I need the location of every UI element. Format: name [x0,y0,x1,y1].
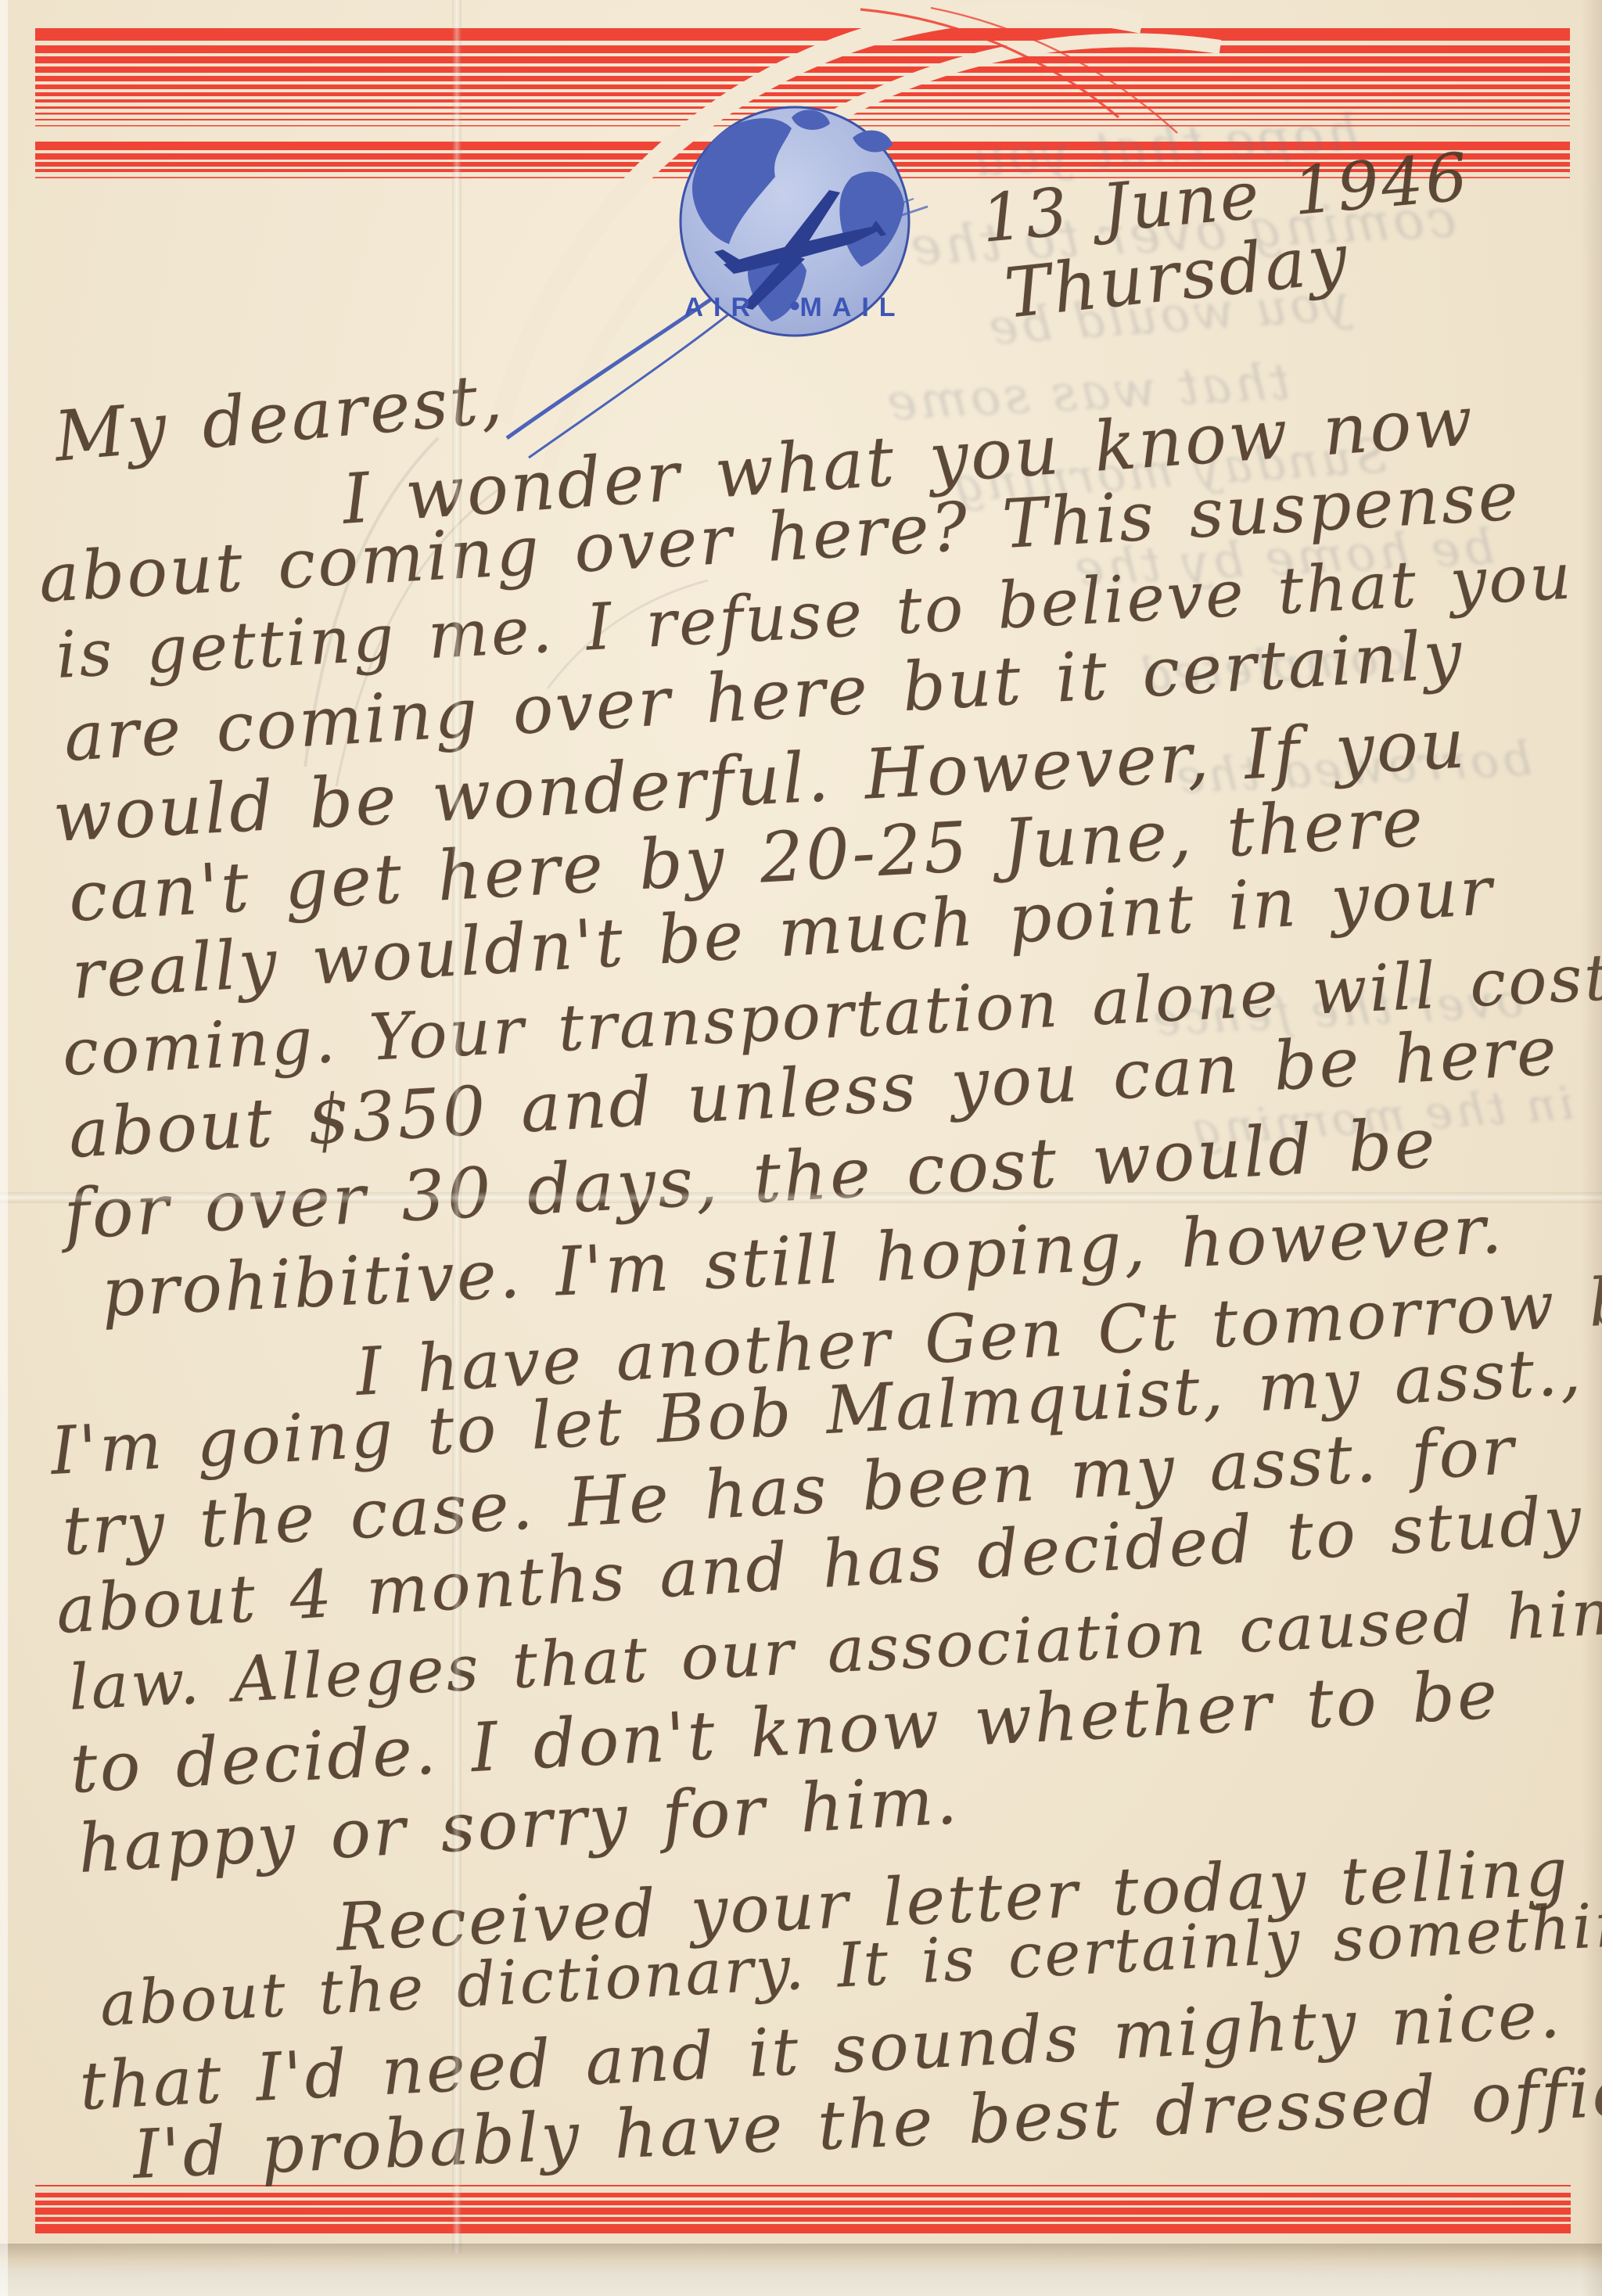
airplane-icon [714,190,886,310]
paper-bottom-edge-shadow [0,2244,1602,2296]
vertical-fold-crease [452,0,462,2253]
contrail-lines [507,275,757,458]
scan-right-edge [1582,0,1602,2296]
horizontal-fold-crease [0,1192,1602,1203]
flightpath-arcs [860,8,1177,133]
airmail-dot [791,302,799,311]
globe-icon: AIR MAIL [681,107,928,336]
letter-scan-page: AIR MAIL hope that you coming over to th… [0,0,1602,2296]
scan-left-edge [0,0,8,2296]
airmail-label: AIR MAIL [684,293,905,322]
